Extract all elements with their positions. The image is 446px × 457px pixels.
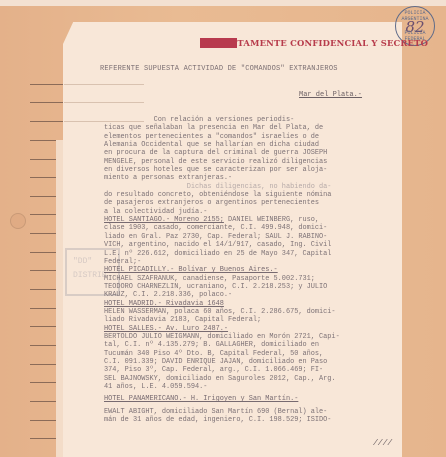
show-through-line: [64, 102, 144, 103]
paragraph-line: miento a personas extranjeras.-: [104, 174, 404, 182]
document-place: Mar del Plata.-: [299, 91, 362, 99]
page-end-mark: ////: [373, 439, 392, 448]
folder-top-edge: [0, 0, 446, 6]
paragraph-line: ticas que señalaban la presencia en Mar …: [104, 124, 404, 132]
paragraph-line: Alemania Occidental que se hallarían en …: [104, 141, 404, 149]
paragraph-line: Dichas diligencias, no habiendo da-: [104, 183, 404, 191]
entry-line: L.E. nº 226.612, domiciliado en 25 de Ma…: [104, 250, 404, 258]
classification-stamp-smudge: ESTRIC: [200, 38, 237, 48]
hotel-heading: HOTEL SALLES.- Av. Luro 2487.-: [104, 325, 404, 333]
entry-line: HELEN WASSERMAN, polaca 60 años, C.I. 2.…: [104, 308, 404, 316]
hotel-entry-santiago: HOTEL SANTIAGO.- Moreno 2155; DANIEL WEI…: [104, 216, 404, 224]
entry-line: TEODORO CHARNEZLIN, ucraniano, C.I. 2.21…: [104, 283, 404, 291]
paragraph-line: en procura de la captura del criminal de…: [104, 149, 404, 157]
classification-stamp-text: TAMENTE CONFIDENCIAL Y SECRETO: [237, 38, 428, 48]
paragraph-line: do resultado concreto, obteniéndose la s…: [104, 191, 404, 199]
entry-line: tal, C.I. nº 4.135.279; B. GALLAGHER, do…: [104, 341, 404, 349]
entry-line: liado Rivadavia 2183, Capital Federal;: [104, 316, 404, 324]
folder-ruled-line: [30, 102, 64, 103]
folder-ruled-line: [30, 84, 64, 85]
entry-line: SEL BAJNOWSKY, domiciliado en Saguroles …: [104, 375, 404, 383]
entry-line: DANIEL WEINBERG, ruso,: [224, 216, 319, 224]
entry-line: mán de 31 años de edad, ingeniero, C.I. …: [104, 416, 404, 424]
document-body: Con relación a versiones periodis-ticas …: [104, 116, 404, 424]
hotel-heading: HOTEL PICADILLY.- Bolívar y Buenos Aires…: [104, 266, 404, 274]
hotel-heading: HOTEL SANTIAGO.- Moreno 2155;: [104, 216, 224, 224]
classification-stamp: ESTRICTAMENTE CONFIDENCIAL Y SECRETO: [200, 38, 428, 48]
paragraph-line: Con relación a versiones periodis-: [104, 116, 404, 124]
entry-line: 41 años, L.E. 4.059.594.-: [104, 383, 404, 391]
paper-stain: [10, 213, 26, 229]
entry-line: Federal;-: [104, 258, 404, 266]
entry-line: Tucumán 340 Piso 4º Dto. B, Capital Fede…: [104, 350, 404, 358]
hotel-heading: HOTEL MADRID.- Rivadavia 1648: [104, 300, 404, 308]
entry-line: BERTOLDO JULIO WEIGMANN, domiciliado en …: [104, 333, 404, 341]
paragraph-line: MENGELE, personal de este servicio reali…: [104, 158, 404, 166]
entry-line: MICHAEL SZAFRANUK, canadiense, Pasaporte…: [104, 275, 404, 283]
hotel-heading: HOTEL PANAMERICANO.- H. Irigoyen y San M…: [104, 395, 404, 403]
entry-line: EWALT ABIGHT, domiciliado San Martín 690…: [104, 408, 404, 416]
paragraph-line: a la colectividad judía.-: [104, 208, 404, 216]
paragraph-line: de pasajeros extranjeros o argentinos pe…: [104, 199, 404, 207]
entry-line: 374, Piso 3º, Cap. Federal, arg., C.I. 1…: [104, 366, 404, 374]
entry-line: VICH, argentino, nacido el 14/1/917, cas…: [104, 241, 404, 249]
show-through-line: [64, 84, 144, 85]
entry-line: clase 1903, casado, comerciante, C.I. 49…: [104, 224, 404, 232]
paragraph-line: en diversos hoteles que se caracterizan …: [104, 166, 404, 174]
paragraph-line: elementos pertenecientes a "comandos" is…: [104, 133, 404, 141]
entry-line: C.I. 091.339; DAVID ENRIQUE JAJAN, domic…: [104, 358, 404, 366]
folder-ruled-line: [30, 121, 64, 122]
entry-line: liado en Gral. Paz 2730, Cap. Federal; S…: [104, 233, 404, 241]
paper-fold-edge: [56, 140, 64, 457]
entry-line: KRAUZ, C.I. 2.218.336, polaco.-: [104, 291, 404, 299]
document-subject: REFERENTE SUPUESTA ACTIVIDAD DE "COMANDO…: [100, 65, 338, 73]
